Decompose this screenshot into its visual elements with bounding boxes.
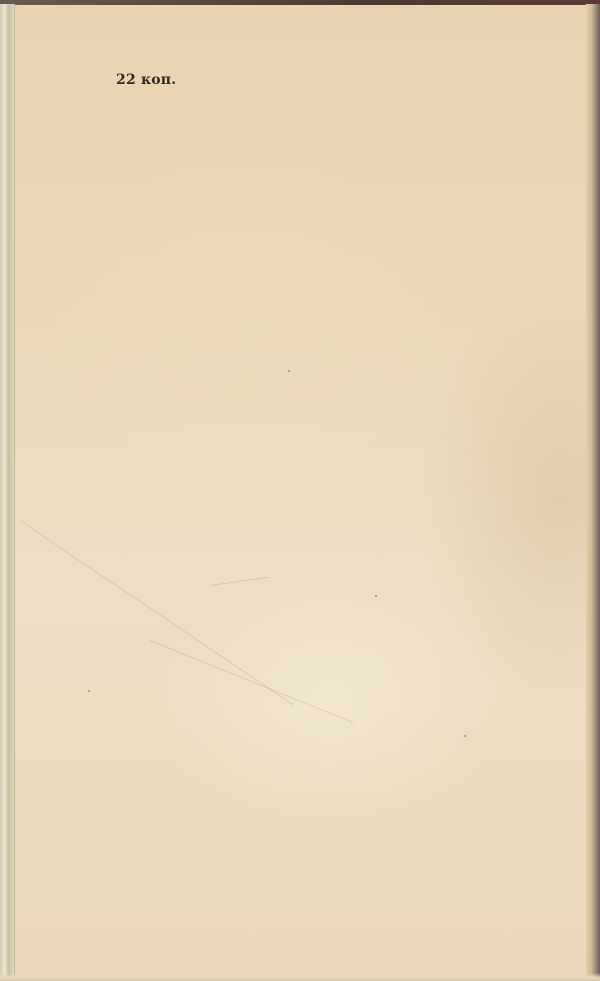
paper-crease: [20, 520, 294, 705]
paper-crease: [150, 640, 354, 723]
paper-speck: [464, 735, 466, 737]
top-edge: [0, 0, 600, 5]
price-label: 22 коп.: [116, 72, 176, 88]
book-back-cover: 22 коп.: [0, 0, 600, 981]
bottom-edge: [0, 973, 600, 981]
paper-speck: [288, 370, 290, 372]
paper-speck: [375, 595, 377, 597]
worn-right-edge: [586, 4, 600, 981]
spine-edge: [0, 4, 15, 981]
paper-crease: [210, 577, 270, 586]
paper-speck: [88, 690, 90, 692]
